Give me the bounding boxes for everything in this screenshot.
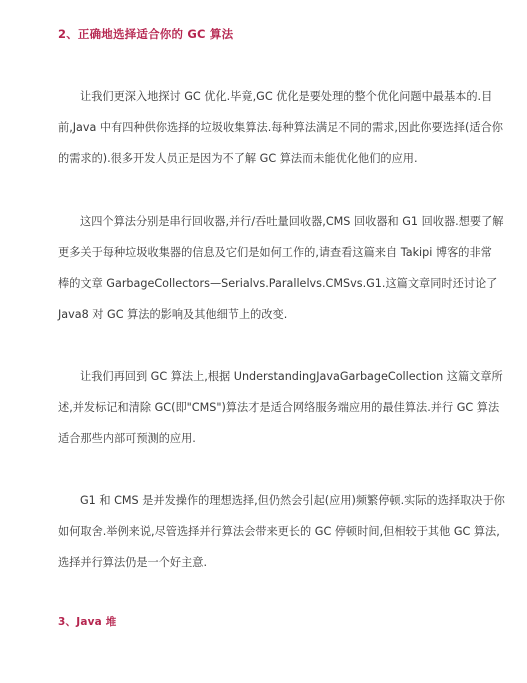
document-page: 2、正确地选择适合你的 GC 算法 让我们更深入地探讨 GC 优化.毕竟,GC …: [0, 0, 527, 683]
paragraph-line: 的需求的).很多开发人员正是因为不了解 GC 算法而未能优化他们的应用.: [58, 152, 418, 166]
paragraph-line: 述,并发标记和清除 GC(即"CMS")算法才是适合网络服务端应用的最佳算法.并…: [58, 401, 499, 415]
paragraph-line: 前,Java 中有四种供你选择的垃圾收集算法.每种算法满足不同的需求,因此你要选…: [58, 121, 503, 135]
paragraph-line: 选择并行算法仍是一个好主意.: [58, 556, 207, 570]
section-heading-java-heap: 3、Java 堆: [58, 614, 116, 629]
section-heading-gc-algorithm: 2、正确地选择适合你的 GC 算法: [58, 26, 233, 42]
paragraph-line: 这四个算法分别是串行回收器,并行/吞吐量回收器,CMS 回收器和 G1 回收器.…: [80, 215, 503, 229]
paragraph-line: G1 和 CMS 是并发操作的理想选择,但仍然会引起(应用)频繁停顿.实际的选择…: [80, 494, 505, 508]
paragraph-line: 让我们再回到 GC 算法上,根据 UnderstandingJavaGarbag…: [80, 370, 503, 384]
paragraph-line: 让我们更深入地探讨 GC 优化.毕竟,GC 优化是要处理的整个优化问题中最基本的…: [80, 90, 492, 104]
paragraph-line: Java8 对 GC 算法的影响及其他细节上的改变.: [58, 308, 287, 322]
paragraph-line: 适合那些内部可预测的应用.: [58, 432, 196, 446]
paragraph-line: 如何取舍.举例来说,尽管选择并行算法会带来更长的 GC 停顿时间,但相较于其他 …: [58, 525, 500, 539]
paragraph-line: 更多关于每种垃圾收集器的信息及它们是如何工作的,请查看这篇来自 Takipi 博…: [58, 246, 492, 260]
paragraph-line: 棒的文章 GarbageCollectors—Serialvs.Parallel…: [58, 277, 497, 291]
